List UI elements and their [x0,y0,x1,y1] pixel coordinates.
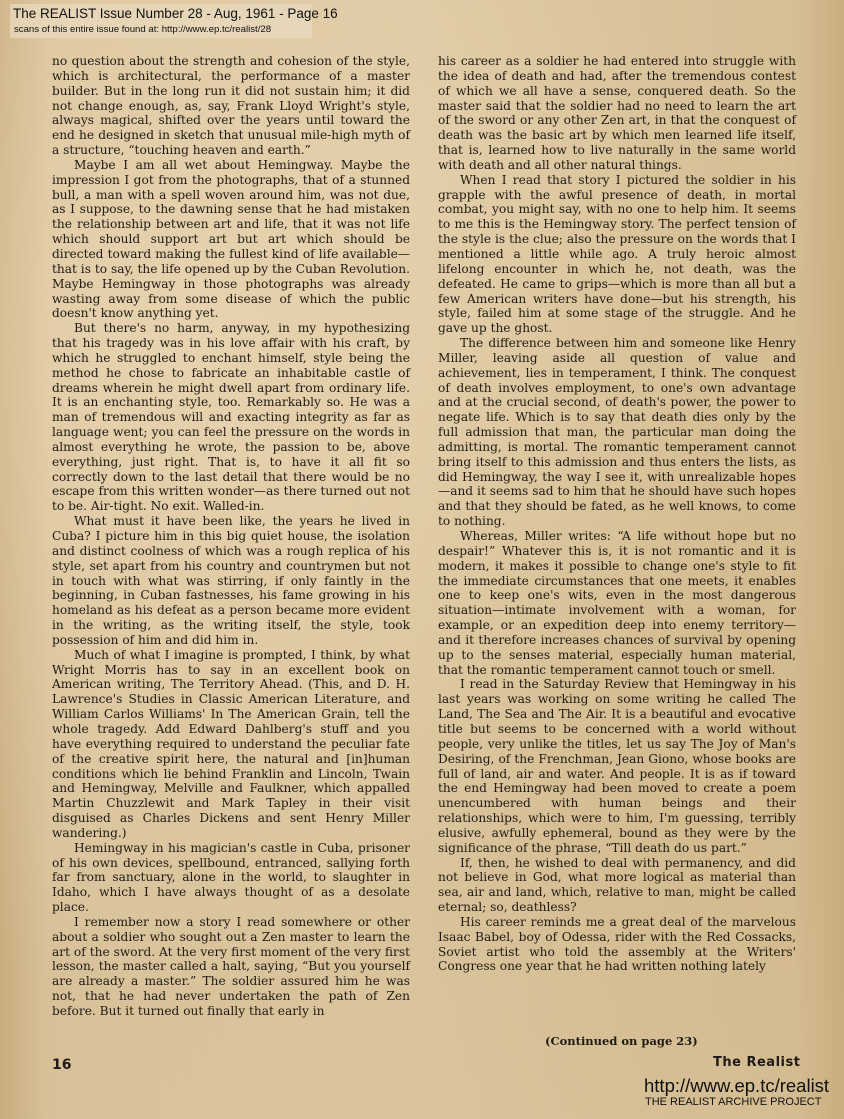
paragraph: What must it have been like, the years h… [52,514,410,648]
paragraph: His career reminds me a great deal of th… [438,915,796,974]
right-column: his career as a soldier he had entered i… [438,54,796,974]
continued-note: (Continued on page 23) [545,1034,698,1048]
page-number: 16 [52,1057,71,1073]
paragraph: The difference between him and someone l… [438,336,796,529]
paragraph: Hemingway in his magician's castle in Cu… [52,841,410,915]
paragraph: his career as a soldier he had entered i… [438,54,796,173]
paragraph: Much of what I imagine is prompted, I th… [52,648,410,841]
scan-title: The REALIST Issue Number 28 - Aug, 1961 … [13,6,338,21]
paragraph: Maybe I am all wet about Hemingway. Mayb… [52,158,410,321]
archive-name: THE REALIST ARCHIVE PROJECT [645,1096,821,1108]
paragraph: I remember now a story I read somewhere … [52,915,410,1019]
paragraph: When I read that story I pictured the so… [438,173,796,336]
paragraph: But there's no harm, anyway, in my hypot… [52,321,410,514]
scan-header: The REALIST Issue Number 28 - Aug, 1961 … [10,4,312,38]
paragraph: If, then, he wished to deal with permane… [438,856,796,915]
paragraph: I read in the Saturday Review that Hemin… [438,677,796,855]
scan-source-note: scans of this entire issue found at: htt… [14,24,271,35]
paragraph: Whereas, Miller writes: “A life without … [438,529,796,677]
masthead: The Realist [713,1055,800,1070]
left-column: no question about the strength and cohes… [52,54,410,1019]
paragraph: no question about the strength and cohes… [52,54,410,158]
archive-url-link[interactable]: http://www.ep.tc/realist [644,1075,829,1097]
